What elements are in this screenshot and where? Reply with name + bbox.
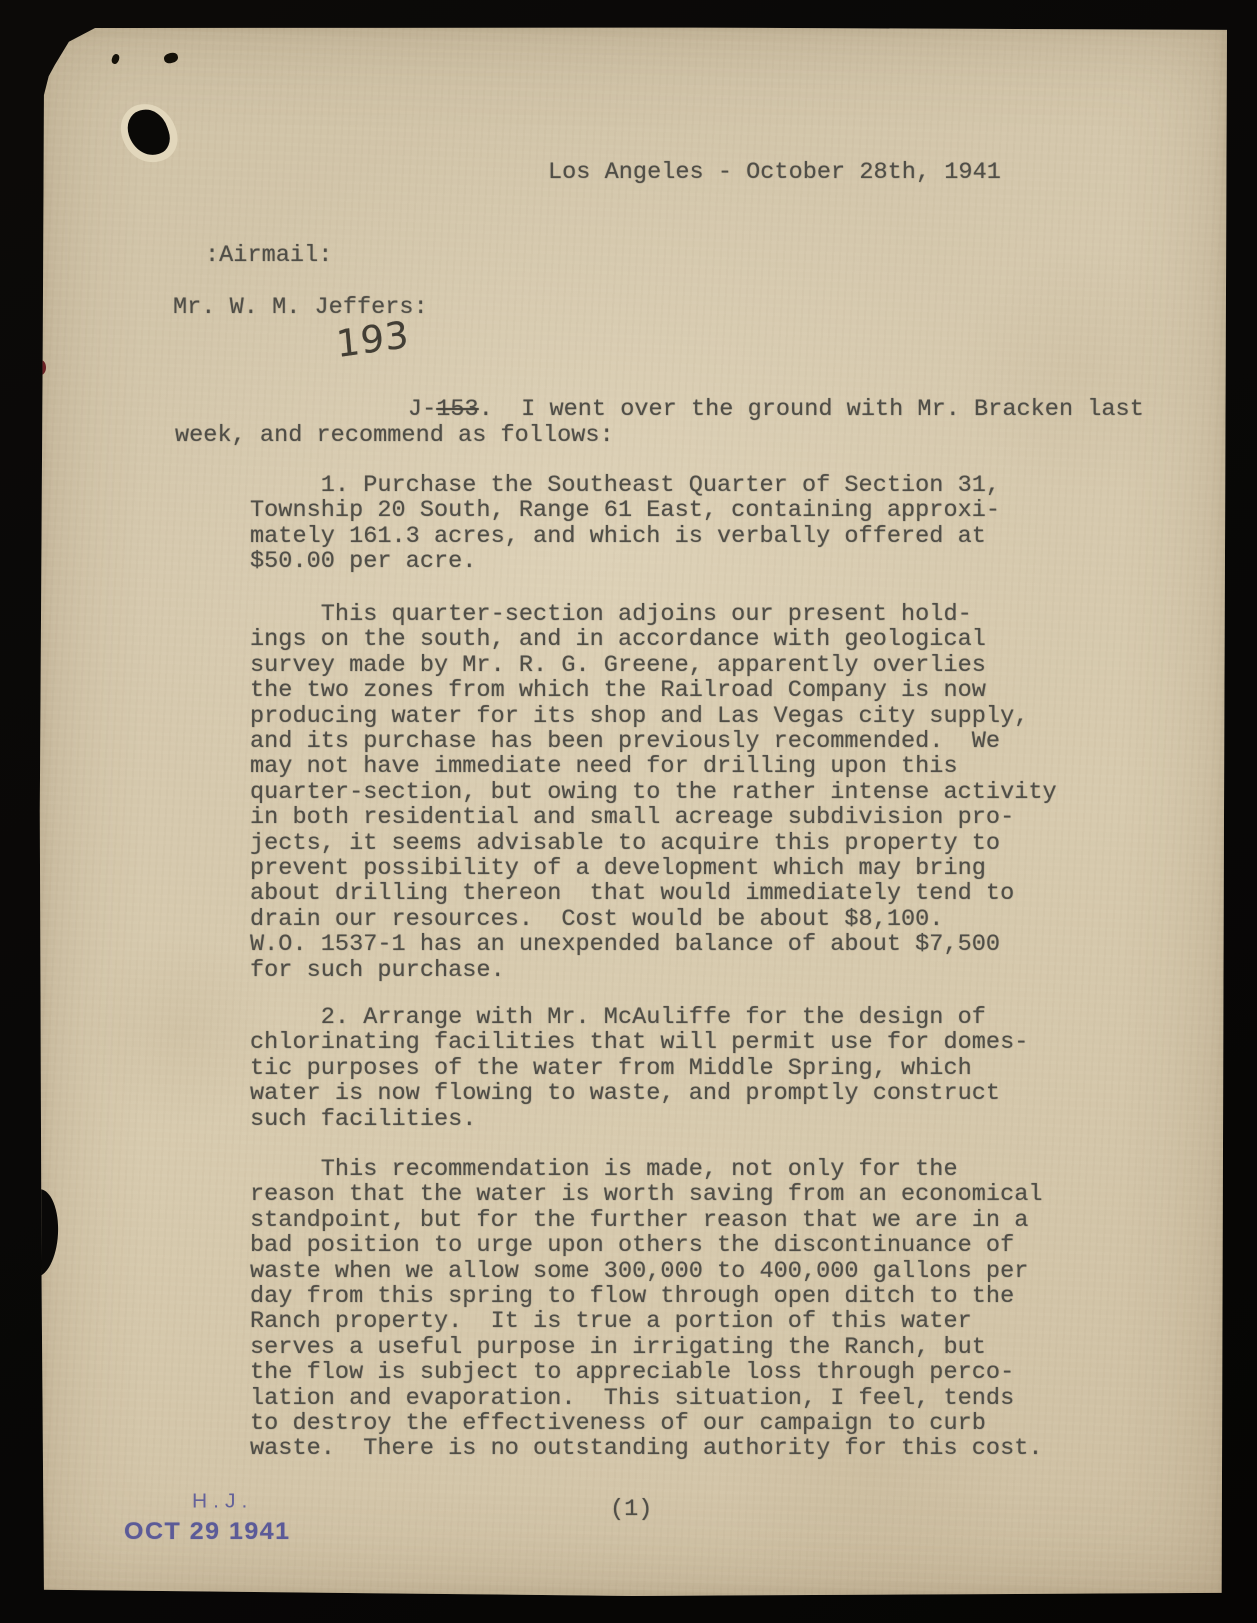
struck-reference-number: 153 xyxy=(436,396,478,423)
reference-prefix: J- xyxy=(408,396,436,423)
red-ink-speck xyxy=(36,360,46,375)
paper-speck xyxy=(163,51,179,64)
page-number: (1) xyxy=(610,1497,652,1522)
letter-paper: Los Angeles - October 28th, 1941 :Airmai… xyxy=(38,26,1227,1596)
reference-opening-rest: . I went over the ground with Mr. Bracke… xyxy=(479,396,1144,423)
dateline: Los Angeles - October 28th, 1941 xyxy=(548,160,1001,185)
paragraph-4-recommendation: This recommendation is made, not only fo… xyxy=(250,1157,1043,1462)
paper-speck xyxy=(111,53,121,65)
initials-stamp: H.J. xyxy=(192,1491,253,1514)
opening-line-2: week, and recommend as follows: xyxy=(175,423,614,448)
paragraph-2-quarter-section: This quarter-section adjoins our present… xyxy=(250,602,1057,983)
handwritten-correction-number: 193 xyxy=(334,313,411,366)
airmail-label: :Airmail: xyxy=(205,243,332,268)
scan-background: Los Angeles - October 28th, 1941 :Airmai… xyxy=(0,0,1257,1623)
paragraph-1-purchase: 1. Purchase the Southeast Quarter of Sec… xyxy=(250,473,1000,575)
received-date-stamp: OCT 29 1941 xyxy=(124,1517,291,1545)
paragraph-3-chlorinating: 2. Arrange with Mr. McAuliffe for the de… xyxy=(250,1005,1028,1132)
left-edge-notch xyxy=(15,1188,61,1278)
